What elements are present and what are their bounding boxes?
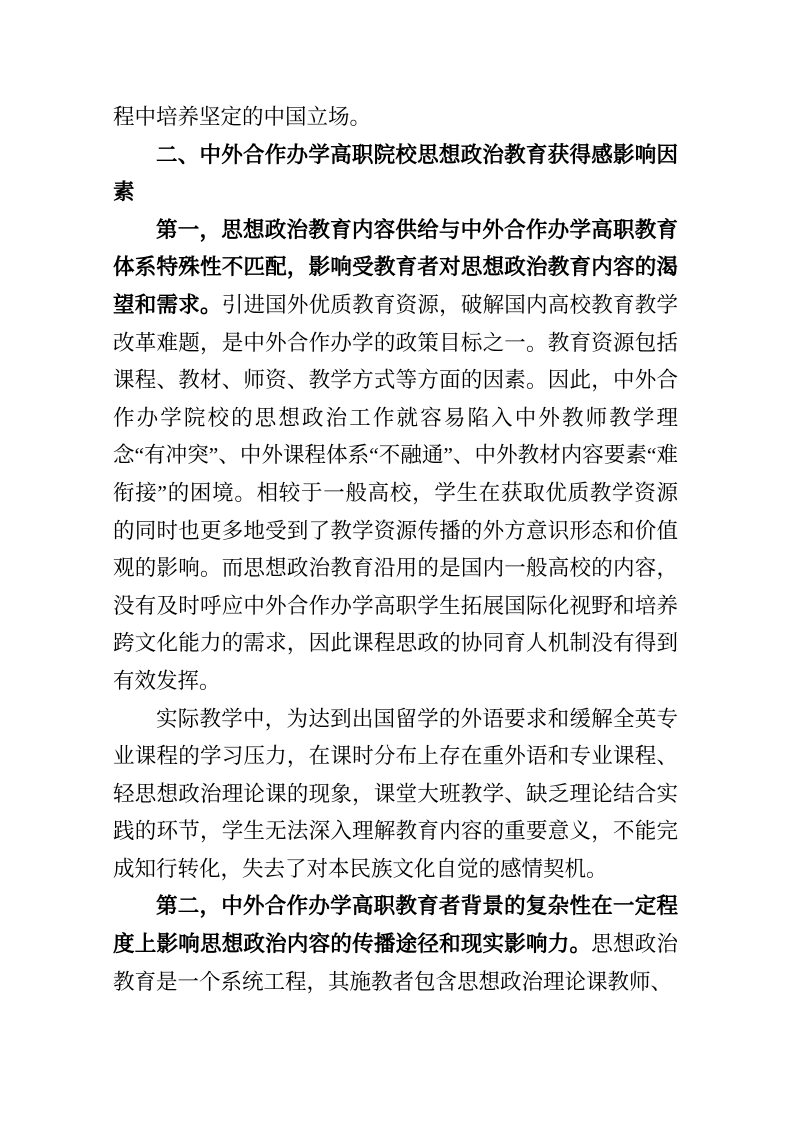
continuation-paragraph: 程中培养坚定的中国立场。	[113, 99, 678, 137]
paragraph: 实际教学中，为达到出国留学的外语要求和缓解全英专业课程的学习压力，在课时分布上存…	[113, 701, 678, 889]
paragraph-body-text: 实际教学中，为达到出国留学的外语要求和缓解全英专业课程的学习压力，在课时分布上存…	[113, 707, 678, 881]
document-page: 程中培养坚定的中国立场。 二、中外合作办学高职院校思想政治教育获得感影响因素 第…	[0, 0, 793, 1122]
document-content: 程中培养坚定的中国立场。 二、中外合作办学高职院校思想政治教育获得感影响因素 第…	[113, 99, 678, 1001]
paragraph: 第一，思想政治教育内容供给与中外合作办学高职教育体系特殊性不匹配，影响受教育者对…	[113, 212, 678, 701]
paragraph: 第二，中外合作办学高职教育者背景的复杂性在一定程度上影响思想政治内容的传播途径和…	[113, 888, 678, 1001]
paragraph-body-text: 引进国外优质教育资源，破解国内高校教育教学改革难题，是中外合作办学的政策目标之一…	[113, 293, 678, 693]
section-heading: 二、中外合作办学高职院校思想政治教育获得感影响因素	[113, 137, 678, 212]
